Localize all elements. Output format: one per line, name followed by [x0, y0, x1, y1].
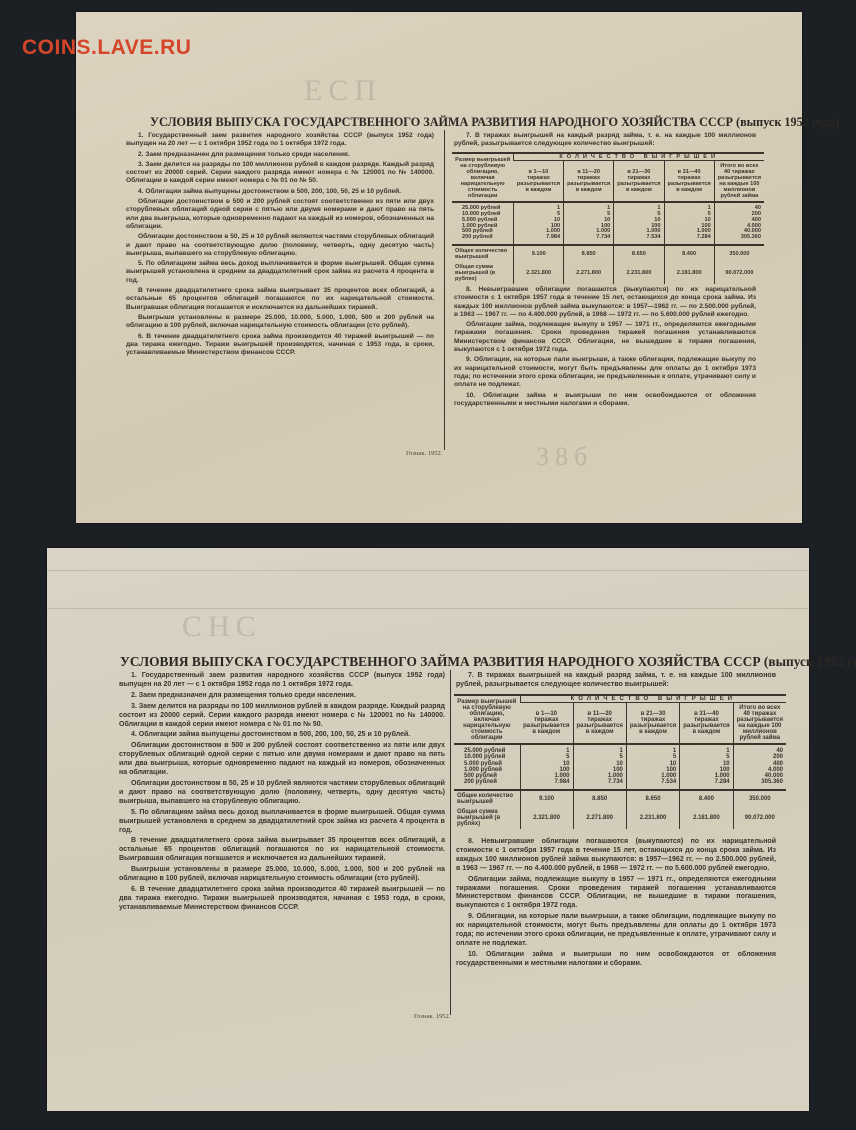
prize-count-cell: 7.734 — [564, 235, 614, 245]
paragraph: 4. Облигации займа выпущены достоинством… — [119, 731, 445, 740]
watermark: COINS.LAVE.RU — [22, 36, 191, 60]
table-column-header: в 1—10 тиражах разыгрывается в каждом — [514, 161, 564, 203]
paragraph: В течение двадцатилетнего срока займа вы… — [119, 837, 445, 864]
prize-intro: 7. В тиражах выигрышей на каждый разряд … — [456, 672, 776, 690]
paragraph: Выигрыши установлены в размере 25.000, 1… — [119, 866, 445, 884]
prize-count-cell: 40 — [733, 744, 786, 754]
left-column: 1. Государственный заем развития народно… — [119, 672, 445, 915]
table-column-header: в 31—40 тиражах разыгрывается в каждом — [680, 703, 733, 745]
prize-size-cell: 25.000 рублей — [454, 744, 520, 754]
table-total-row: Общая сумма выигрышей (в рублях)2.321.80… — [452, 262, 764, 284]
total-value-cell: 2.231.800 — [614, 262, 664, 284]
total-value-cell: 350.000 — [714, 245, 764, 262]
paragraph: 8. Невыигравшие облигации погашаются (вы… — [454, 286, 756, 319]
table-total-row: Общее количество выигрышей9.1008.8508.65… — [454, 790, 786, 807]
total-value-cell: 8.400 — [680, 790, 733, 807]
total-value-cell: 2.181.800 — [664, 262, 714, 284]
prize-table: Размер выигрышей на сторублевую облигаци… — [452, 152, 764, 284]
right-column-continued: 8. Невыигравшие облигации погашаются (вы… — [456, 838, 776, 971]
table-column-header: в 11—20 тиражах разыгрывается в каждом — [564, 161, 614, 203]
paragraph: 2. Заем предназначен для размещения толь… — [126, 151, 434, 159]
paragraph: Облигации достоинством в 500 и 200 рубле… — [119, 742, 445, 778]
table-total-row: Общее количество выигрышей9.1008.8508.65… — [452, 245, 764, 262]
table-column-header: Итого во всех 40 тиражах разыгрывается н… — [714, 161, 764, 203]
right-column: 7. В тиражах выигрышей на каждый разряд … — [456, 672, 776, 692]
prize-count-cell: 7.984 — [520, 779, 573, 789]
paragraph: 2. Заем предназначен для размещения толь… — [119, 692, 445, 701]
prize-size-cell: 200 рублей — [454, 779, 520, 789]
paragraph: 3. Заем делится на разряды по 100 миллио… — [119, 703, 445, 730]
paragraph: Облигации достоинством в 500 и 200 рубле… — [126, 198, 434, 231]
document-title: УСЛОВИЯ ВЫПУСКА ГОСУДАРСТВЕННОГО ЗАЙМА Р… — [150, 115, 839, 130]
bond-back-bottom: СНС УСЛОВИЯ ВЫПУСКА ГОСУДАРСТВЕННОГО ЗАЙ… — [47, 548, 809, 1111]
column-divider — [450, 670, 451, 1015]
bond-back-top: ЕСП УСЛОВИЯ ВЫПУСКА ГОСУДАРСТВЕННОГО ЗАЙ… — [76, 12, 802, 523]
total-value-cell: 90.072.000 — [733, 807, 786, 829]
table-header-prize-size: Размер выигрышей на сторублевую облигаци… — [452, 153, 514, 202]
prize-count-cell: 7.284 — [680, 779, 733, 789]
prize-count-cell: 305.360 — [733, 779, 786, 789]
left-column: 1. Государственный заем развития народно… — [126, 132, 434, 359]
paragraph: 1. Государственный заем развития народно… — [126, 132, 434, 149]
total-value-cell: 8.850 — [573, 790, 626, 807]
table-column-header: в 1—10 тиражах разыгрывается в каждом — [520, 703, 573, 745]
table-row: 25.000 рублей111140 — [454, 744, 786, 754]
total-label-cell: Общее количество выигрышей — [452, 245, 514, 262]
prize-count-cell: 305.360 — [714, 235, 764, 245]
prize-size-cell: 200 рублей — [452, 235, 514, 245]
table-column-header: в 31—40 тиражах разыгрывается в каждом — [664, 161, 714, 203]
prize-count-cell: 7.984 — [514, 235, 564, 245]
fold-crease — [47, 570, 809, 571]
paragraph: 1. Государственный заем развития народно… — [119, 672, 445, 690]
total-value-cell: 8.650 — [614, 245, 664, 262]
total-value-cell: 2.231.800 — [626, 807, 679, 829]
total-value-cell: 90.072.000 — [714, 262, 764, 284]
table-header-prize-size: Размер выигрышей на сторублевую облигаци… — [454, 695, 520, 744]
paragraph: Облигации достоинством в 50, 25 и 10 руб… — [119, 780, 445, 807]
fold-crease — [47, 608, 809, 609]
paragraph: 8. Невыигравшие облигации погашаются (вы… — [456, 838, 776, 874]
paragraph: 5. По облигациям займа весь доход выплач… — [119, 809, 445, 836]
printer-imprint: Гознак. 1952. — [414, 1013, 450, 1020]
paragraph: 9. Облигации, на которые пали выигрыши, … — [456, 913, 776, 949]
paragraph: 3. Заем делится на разряды по 100 миллио… — [126, 161, 434, 186]
prize-count-cell: 7.284 — [664, 235, 714, 245]
total-value-cell: 2.271.800 — [573, 807, 626, 829]
prize-count-cell: 1 — [664, 202, 714, 212]
total-value-cell: 2.271.800 — [564, 262, 614, 284]
total-value-cell: 2.321.800 — [520, 807, 573, 829]
total-value-cell: 8.650 — [626, 790, 679, 807]
table-column-header: в 21—30 тиражах разыгрывается в каждом — [614, 161, 664, 203]
paragraph: Облигации займа, подлежащие выкупу в 195… — [454, 321, 756, 354]
faded-stamp: ЕСП — [304, 74, 382, 108]
total-value-cell: 8.850 — [564, 245, 614, 262]
column-divider — [444, 130, 445, 450]
paragraph: 10. Облигации займа и выигрыши по ним ос… — [454, 392, 756, 409]
total-label-cell: Общая сумма выигрышей (в рублях) — [452, 262, 514, 284]
table-column-header: Итого во всех 40 тиражах разыгрывается н… — [733, 703, 786, 745]
total-label-cell: Общее количество выигрышей — [454, 790, 520, 807]
table-column-header: в 11—20 тиражах разыгрывается в каждом — [573, 703, 626, 745]
document-title: УСЛОВИЯ ВЫПУСКА ГОСУДАРСТВЕННОГО ЗАЙМА Р… — [120, 654, 856, 670]
prize-count-cell: 1 — [573, 744, 626, 754]
prize-count-cell: 1 — [680, 744, 733, 754]
right-column-continued: 8. Невыигравшие облигации погашаются (вы… — [454, 286, 756, 410]
paragraph: В течение двадцатилетнего срока займа вы… — [126, 287, 434, 312]
table-row: 200 рублей7.9847.7347.5347.284305.360 — [452, 235, 764, 245]
total-value-cell: 2.181.800 — [680, 807, 733, 829]
total-value-cell: 9.100 — [520, 790, 573, 807]
prize-count-cell: 7.534 — [626, 779, 679, 789]
table-group-header: КОЛИЧЕСТВО ВЫИГРЫШЕЙ — [514, 153, 764, 161]
prize-intro: 7. В тиражах выигрышей на каждый разряд … — [454, 132, 756, 149]
paragraph: Облигации достоинством в 50, 25 и 10 руб… — [126, 233, 434, 258]
paragraph: 6. В течение двадцатилетнего срока займа… — [126, 333, 434, 358]
faded-stamp: СНС — [182, 610, 262, 644]
prize-count-cell: 7.534 — [614, 235, 664, 245]
total-value-cell: 350.000 — [733, 790, 786, 807]
right-column: 7. В тиражах выигрышей на каждый разряд … — [454, 132, 756, 151]
table-group-header: КОЛИЧЕСТВО ВЫИГРЫШЕЙ — [520, 695, 786, 703]
prize-table: Размер выигрышей на сторублевую облигаци… — [454, 694, 786, 829]
faded-serial: 38б — [536, 442, 593, 472]
table-total-row: Общая сумма выигрышей (в рублях)2.321.80… — [454, 807, 786, 829]
paragraph: 5. По облигациям займа весь доход выплач… — [126, 260, 434, 285]
total-value-cell: 9.100 — [514, 245, 564, 262]
paragraph: 6. В течение двадцатилетнего срока займа… — [119, 886, 445, 913]
prize-count-cell: 1 — [520, 744, 573, 754]
paragraph: 4. Облигации займа выпущены достоинством… — [126, 188, 434, 196]
total-value-cell: 2.321.800 — [514, 262, 564, 284]
prize-count-cell: 1 — [626, 744, 679, 754]
paragraph: Облигации займа, подлежащие выкупу в 195… — [456, 876, 776, 912]
printer-imprint: Гознак. 1952. — [406, 450, 442, 457]
paragraph: 9. Облигации, на которые пали выигрыши, … — [454, 356, 756, 389]
table-column-header: в 21—30 тиражах разыгрывается в каждом — [626, 703, 679, 745]
total-label-cell: Общая сумма выигрышей (в рублях) — [454, 807, 520, 829]
prize-count-cell: 7.734 — [573, 779, 626, 789]
table-row: 200 рублей7.9847.7347.5347.284305.360 — [454, 779, 786, 789]
paragraph: Выигрыши установлены в размере 25.000, 1… — [126, 314, 434, 331]
total-value-cell: 8.400 — [664, 245, 714, 262]
paragraph: 10. Облигации займа и выигрыши по ним ос… — [456, 951, 776, 969]
